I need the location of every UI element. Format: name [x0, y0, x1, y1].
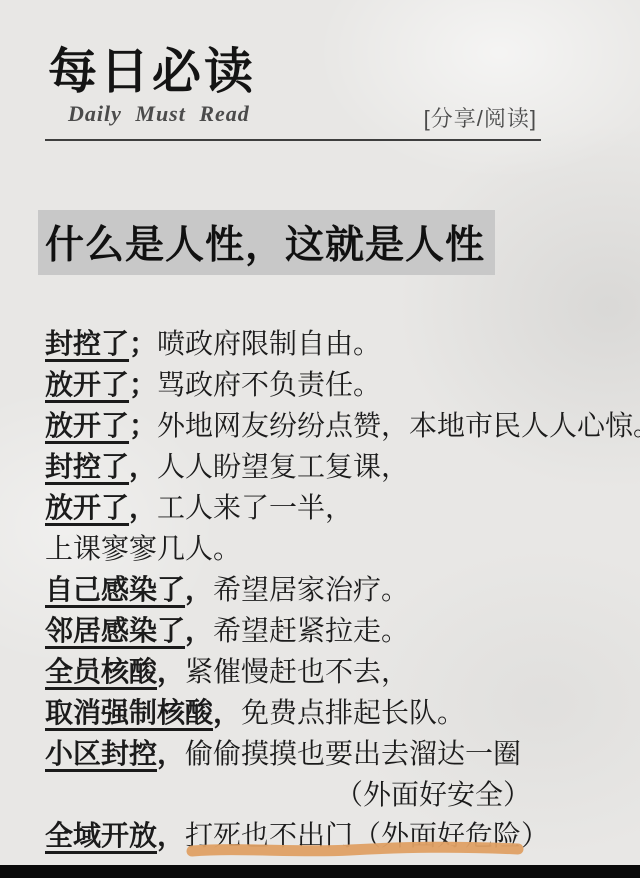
statement-list: 封控了；喷政府限制自由。 放开了；骂政府不负责任。 放开了；外地网友纷纷点赞，本… — [45, 323, 620, 856]
statement-line-parenthetical: （外面好安全） — [45, 774, 620, 815]
statement-separator: ， — [129, 451, 157, 482]
statement-separator: ； — [129, 410, 157, 441]
statement-lead: 放开了 — [45, 410, 129, 441]
statement-lead: 放开了 — [45, 492, 129, 523]
statement-separator: ； — [129, 328, 157, 359]
statement-lead: 邻居感染了 — [45, 615, 185, 646]
statement-line: 放开了；外地网友纷纷点赞，本地市民人人心惊。 — [45, 405, 620, 446]
statement-line: 上课寥寥几人。 — [45, 528, 620, 569]
statement-rest: 外地网友纷纷点赞，本地市民人人心惊。 — [157, 410, 640, 441]
bottom-letterbox-bar — [0, 865, 640, 878]
statement-line: 封控了；喷政府限制自由。 — [45, 323, 620, 364]
statement-rest: 喷政府限制自由。 — [157, 328, 381, 359]
statement-separator: ， — [157, 738, 185, 769]
statement-rest: 希望居家治疗。 — [213, 574, 409, 605]
masthead-subtitle: Daily Must Read — [68, 101, 250, 127]
statement-line: 封控了，人人盼望复工复课， — [45, 446, 620, 487]
statement-rest: 上课寥寥几人。 — [45, 533, 241, 564]
statement-line: 邻居感染了，希望赶紧拉走。 — [45, 610, 620, 651]
statement-line: 小区封控，偷偷摸摸也要出去溜达一圈 — [45, 733, 620, 774]
statement-line: 放开了，工人来了一半， — [45, 487, 620, 528]
statement-line: 自己感染了，希望居家治疗。 — [45, 569, 620, 610]
statement-lead: 全员核酸 — [45, 656, 157, 687]
hand-drawn-underline-marker — [185, 840, 525, 858]
share-read-label: [分享/阅读] — [424, 102, 537, 133]
statement-lead: 自己感染了 — [45, 574, 185, 605]
statement-separator: ， — [185, 574, 213, 605]
statement-rest: 工人来了一半， — [157, 492, 353, 523]
statement-rest: 免费点排起长队。 — [241, 697, 465, 728]
statement-lead: 全域开放 — [45, 820, 157, 851]
page-title: 什么是人性，这就是人性 — [38, 210, 495, 275]
statement-rest: 人人盼望复工复课， — [157, 451, 409, 482]
statement-line: 全员核酸，紧催慢赶也不去， — [45, 651, 620, 692]
shared-image-page: 每日必读 Daily Must Read [分享/阅读] 什么是人性，这就是人性… — [0, 0, 640, 878]
statement-line: 取消强制核酸，免费点排起长队。 — [45, 692, 620, 733]
statement-separator: ， — [129, 492, 157, 523]
statement-separator: ， — [185, 615, 213, 646]
statement-rest: 紧催慢赶也不去， — [185, 656, 409, 687]
statement-rest: （外面好安全） — [335, 779, 531, 810]
statement-lead: 放开了 — [45, 369, 129, 400]
statement-separator: ； — [129, 369, 157, 400]
statement-separator: ， — [157, 820, 185, 851]
statement-lead: 封控了 — [45, 451, 129, 482]
statement-lead: 取消强制核酸 — [45, 697, 213, 728]
statement-line: 放开了；骂政府不负责任。 — [45, 364, 620, 405]
masthead-divider — [45, 139, 541, 141]
statement-lead: 小区封控 — [45, 738, 157, 769]
statement-separator: ， — [157, 656, 185, 687]
statement-rest: 希望赶紧拉走。 — [213, 615, 409, 646]
statement-lead: 封控了 — [45, 328, 129, 359]
statement-rest: 骂政府不负责任。 — [157, 369, 381, 400]
masthead-title: 每日必读 — [48, 46, 256, 100]
statement-rest: 偷偷摸摸也要出去溜达一圈 — [185, 738, 521, 769]
statement-separator: ， — [213, 697, 241, 728]
